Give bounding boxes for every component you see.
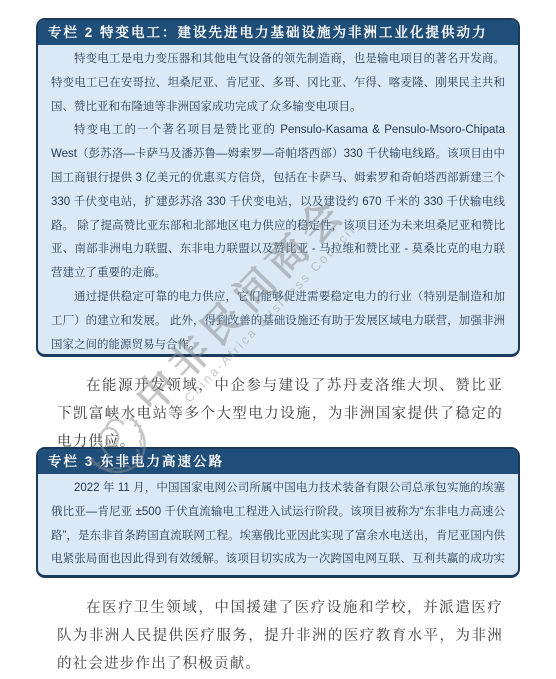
- callout-box-2-body: 特变电工是电力变压器和其他电气设备的领先制造商，也是输电项目的著名开发商。特变电…: [38, 45, 518, 357]
- energy-development-paragraph: 在能源开发领域，中企参与建设了苏丹麦洛维大坝、赞比亚下凯富峡水电站等多个大型电力…: [57, 372, 503, 456]
- callout-box-2: 专栏 2 特变电工：建设先进电力基础设施为非洲工业化提供动力 特变电工是电力变压…: [36, 18, 520, 357]
- callout-box-2-paragraph: 特变电工是电力变压器和其他电气设备的领先制造商，也是输电项目的著名开发商。特变电…: [51, 48, 505, 119]
- callout-box-2-paragraph: 通过提供稳定可靠的电力供应，它们能够促进需要稳定电力的行业（特别是制造和加工厂）…: [51, 286, 505, 357]
- callout-box-3: 专栏 3 东非电力高速公路 2022 年 11 月，中国国家电网公司所属中国电力…: [36, 447, 520, 578]
- document-page: 专栏 2 特变电工：建设先进电力基础设施为非洲工业化提供动力 特变电工是电力变压…: [0, 0, 556, 679]
- callout-box-2-paragraph: 特变电工的一个著名项目是赞比亚的 Pensulo-Kasama & Pensul…: [51, 119, 505, 286]
- callout-box-3-body: 2022 年 11 月，中国国家电网公司所属中国电力技术装备有限公司总承包实施的…: [38, 474, 518, 578]
- medical-health-paragraph: 在医疗卫生领域，中国援建了医疗设施和学校，并派遣医疗队为非洲人民提供医疗服务，提…: [57, 594, 503, 678]
- callout-box-3-paragraph: 2022 年 11 月，中国国家电网公司所属中国电力技术装备有限公司总承包实施的…: [51, 477, 505, 578]
- callout-box-3-title: 专栏 3 东非电力高速公路: [38, 449, 518, 474]
- callout-box-2-title: 专栏 2 特变电工：建设先进电力基础设施为非洲工业化提供动力: [38, 20, 518, 45]
